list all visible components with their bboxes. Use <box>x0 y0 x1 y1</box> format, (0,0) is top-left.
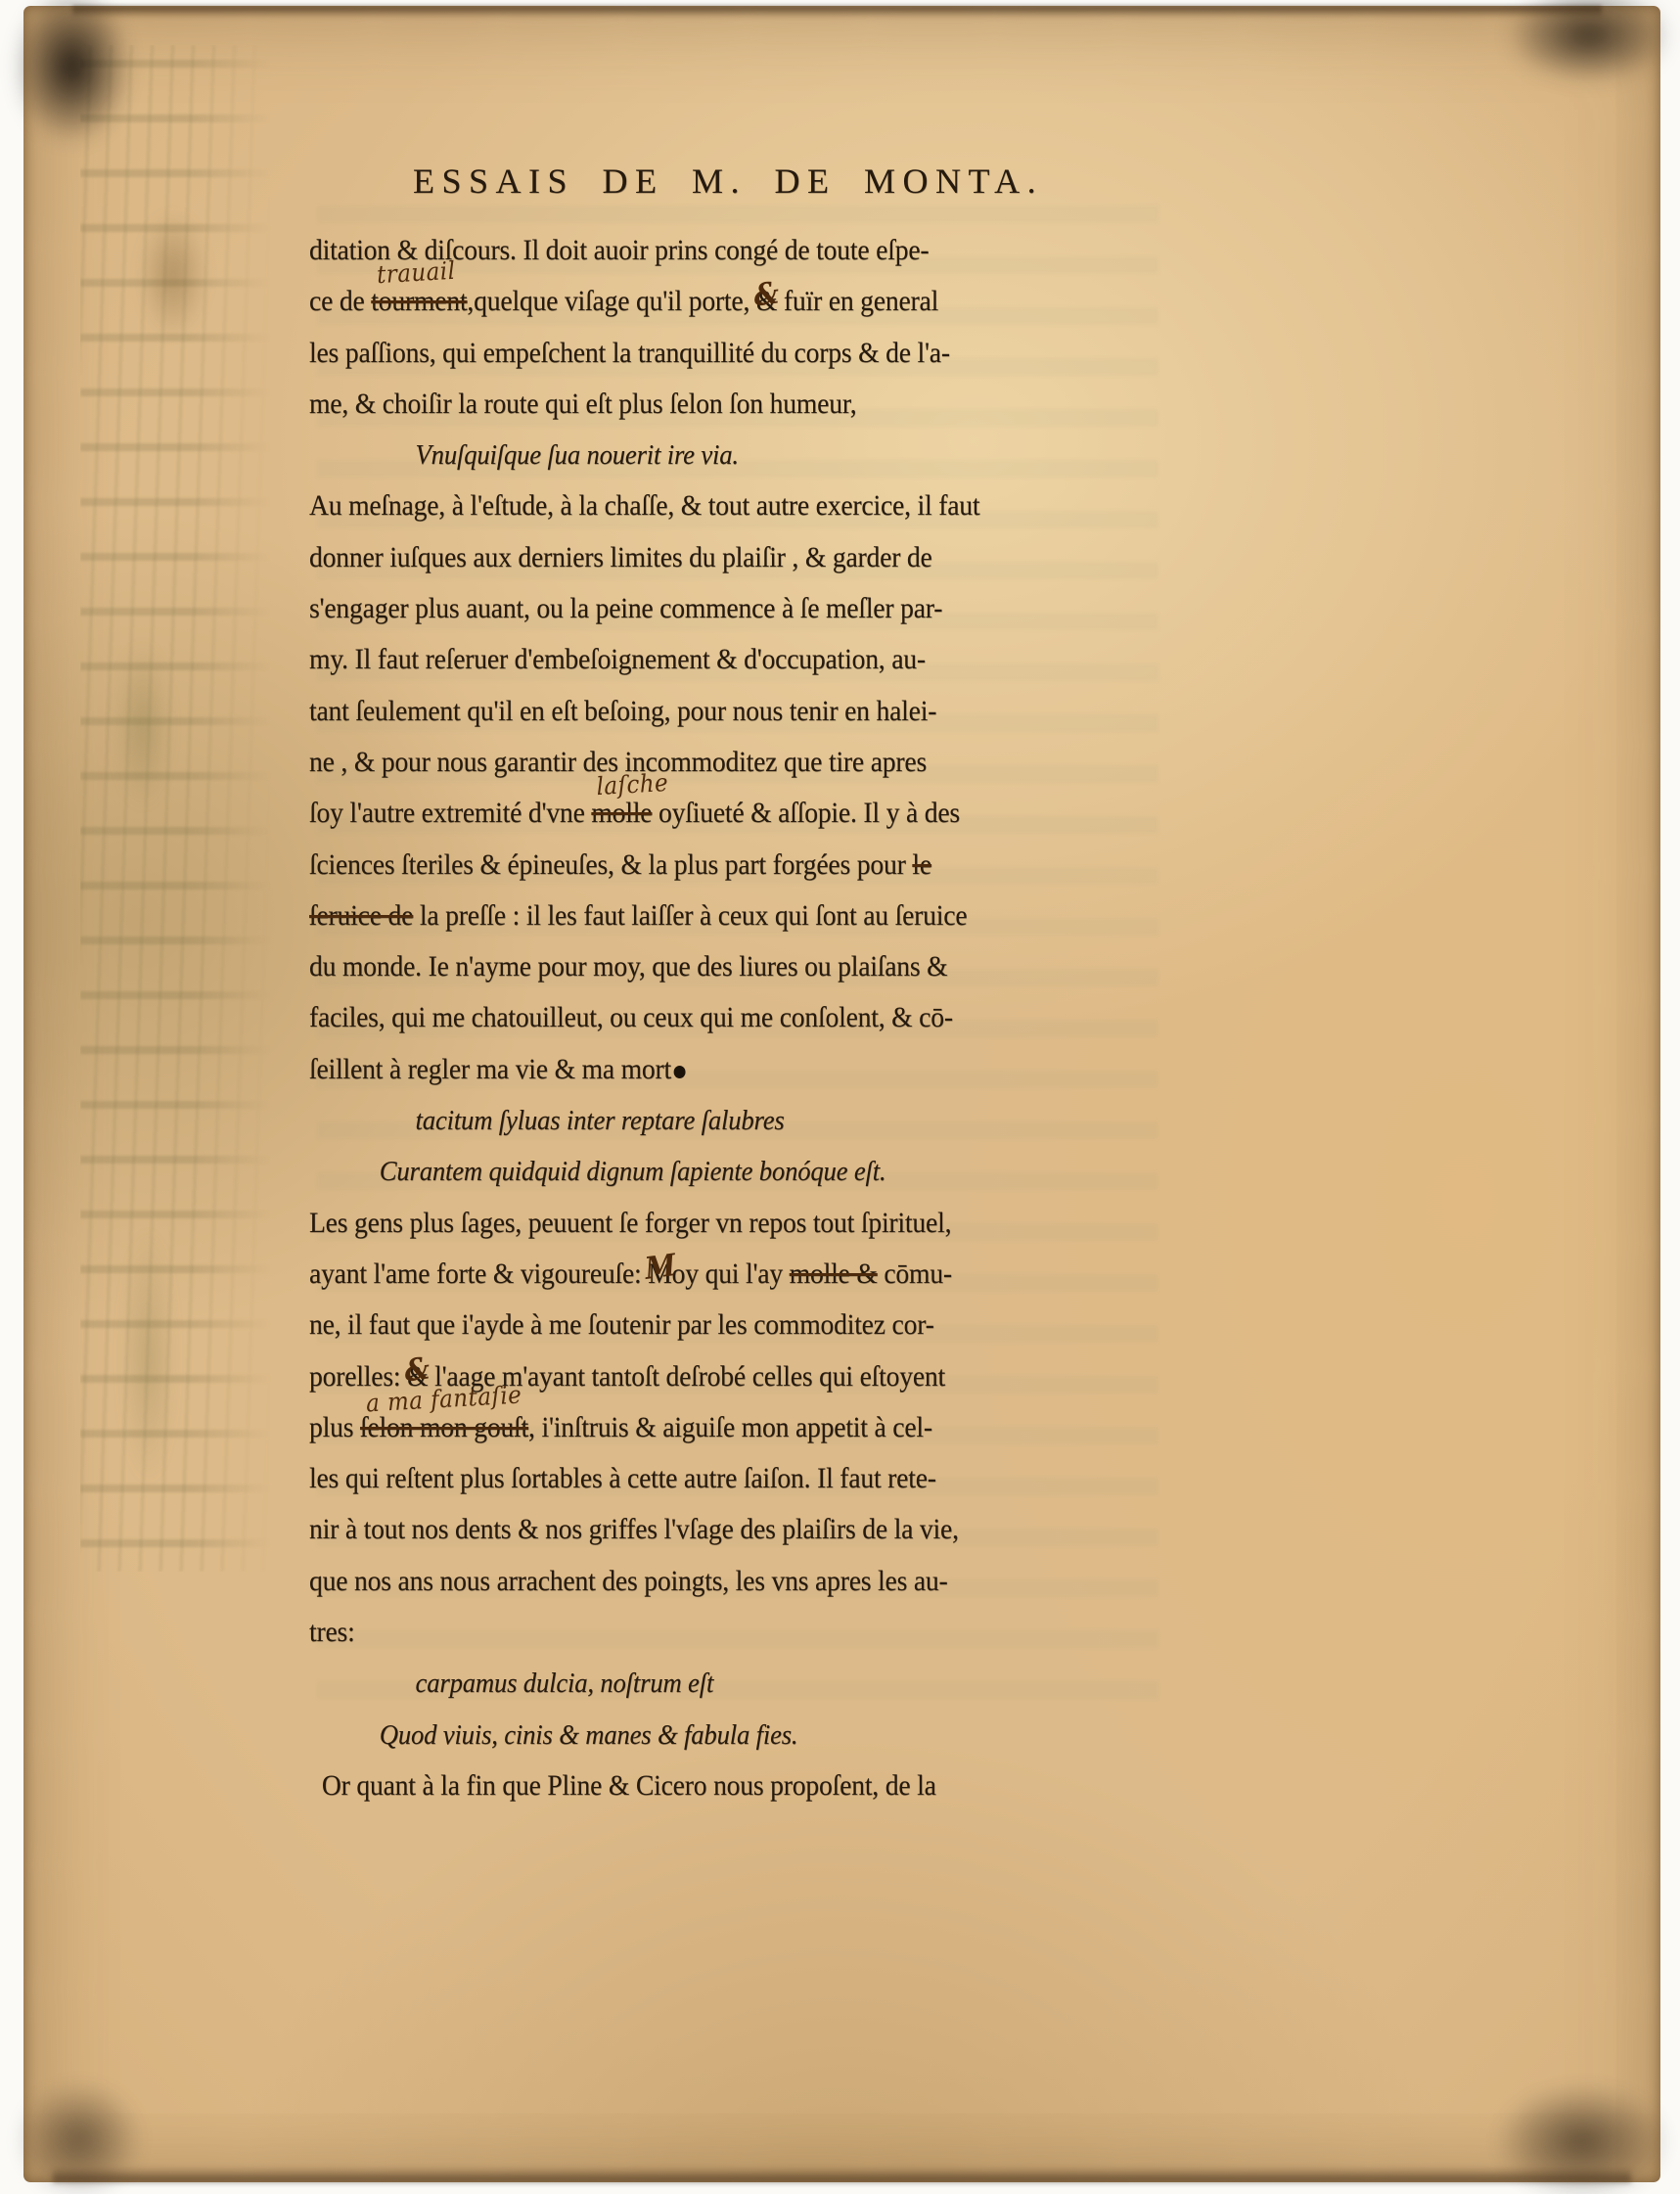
printed-text: ,quelque viſage qu'il porte, <box>467 285 755 317</box>
text-line: ſeillent à regler ma vie & ma mort <box>309 1044 1083 1095</box>
text-line: nir à tout nos dents & nos griffes l'vſa… <box>309 1504 1083 1555</box>
page-edge-shadow <box>53 2167 1631 2182</box>
text-line: my. Il faut reſeruer d'embeſoignement & … <box>309 634 1083 685</box>
text-line: s'engager plus auant, ou la peine commen… <box>309 583 1083 634</box>
printed-text: oy qui l'ay <box>672 1257 790 1290</box>
printed-text: cōmu- <box>878 1257 952 1290</box>
text-line: tant ſeulement qu'il en eſt beſoing, pou… <box>309 686 1083 737</box>
printed-text: ſoy l'autre extremité d'vne <box>309 797 591 829</box>
handwritten-annotation: & <box>403 1353 432 1387</box>
printed-text: les qui reſtent plus ſortables à cette a… <box>309 1462 936 1494</box>
printed-text: donner iuſques aux derniers limites du p… <box>309 541 932 573</box>
printed-text: Quod viuis, cinis & manes & fabula fies. <box>380 1719 798 1751</box>
text-line: les qui reſtent plus ſortables à cette a… <box>309 1453 1083 1504</box>
text-line: Curantem quidquid dignum ſapiente bonóqu… <box>309 1146 1083 1197</box>
printed-text: ſeillent à regler ma vie & ma mort <box>309 1053 671 1085</box>
page-edge-shadow <box>72 6 1602 18</box>
handwritten-annotation: & <box>752 279 782 312</box>
struck-text: molle & <box>790 1257 878 1290</box>
text-line: ayant l'ame forte & vigoureuſe: MMoy qui… <box>309 1249 1083 1300</box>
printed-text: MM <box>648 1257 671 1290</box>
text-line: ne , & pour nous garantir des incommodit… <box>309 737 1083 788</box>
printed-text: Vnuſquiſque ſua nouerit ire via. <box>416 439 739 471</box>
printed-text: , i'inſtruis & aiguiſe mon appetit à cel… <box>528 1411 932 1443</box>
text-line: donner iuſques aux derniers limites du p… <box>309 532 1083 583</box>
running-header: ESSAIS DE M. DE MONTA. <box>413 160 1043 202</box>
text-line: ſeruice de la preſſe : il les faut laiſſ… <box>309 891 1083 941</box>
ink-blot-icon <box>674 1066 686 1078</box>
text-line: Les gens plus ſages, peuuent ſe forger v… <box>309 1198 1083 1249</box>
text-line: tacitum ſyluas inter reptare ſalubres <box>309 1095 1083 1146</box>
printed-text: && <box>756 285 777 317</box>
printed-text: que nos ans nous arrachent des poingts, … <box>309 1565 948 1597</box>
struck-text: tourmenttrauail <box>371 285 467 317</box>
printed-text: carpamus dulcia, noſtrum eſt <box>416 1668 714 1699</box>
handwritten-annotation: M <box>644 1251 678 1285</box>
printed-text: ayant l'ame forte & vigoureuſe: <box>309 1257 648 1290</box>
printed-text: Les gens plus ſages, peuuent ſe forger v… <box>309 1207 951 1239</box>
struck-text: le <box>912 848 931 881</box>
printed-text: my. Il faut reſeruer d'embeſoignement & … <box>309 643 926 675</box>
ink-smudge <box>121 1229 175 1484</box>
text-line: ne, il faut que i'ayde à me ſoutenir par… <box>309 1300 1083 1350</box>
printed-text: ſciences ſteriles & épineuſes, & la plus… <box>309 848 912 881</box>
ink-smudge <box>139 211 207 339</box>
printed-text: Or quant à la fin que Pline & Cicero nou… <box>322 1769 936 1802</box>
printed-text: me, & choiſir la route qui eſt plus ſelo… <box>309 388 856 420</box>
printed-text: la preſſe : il les faut laiſſer à ceux q… <box>413 899 967 932</box>
book-page: ESSAIS DE M. DE MONTA. ditation & diſcou… <box>23 6 1660 2182</box>
text-line: tres: <box>309 1607 1083 1658</box>
text-block: ditation & diſcours. Il doit auoir prins… <box>309 225 1083 1811</box>
text-line: carpamus dulcia, noſtrum eſt <box>309 1658 1083 1709</box>
handwritten-annotation: laſche <box>596 770 669 799</box>
printed-text: ce de <box>309 285 371 317</box>
printed-text: tacitum ſyluas inter reptare ſalubres <box>416 1105 785 1136</box>
text-line: Au meſnage, à l'eſtude, à la chaſſe, & t… <box>309 480 1083 531</box>
printed-text: tant ſeulement qu'il en eſt beſoing, pou… <box>309 695 936 727</box>
handwritten-annotation: trauail <box>376 258 456 288</box>
text-line: plus ſelon mon gouſta ma fantaſie, i'inſ… <box>309 1402 1083 1453</box>
struck-text: mollelaſche <box>591 797 652 829</box>
struck-text: ſelon mon gouſta ma fantaſie <box>360 1411 528 1443</box>
text-line: que nos ans nous arrachent des poingts, … <box>309 1556 1083 1607</box>
printed-text: faciles, qui me chatouilleut, ou ceux qu… <box>309 1001 953 1033</box>
text-line: faciles, qui me chatouilleut, ou ceux qu… <box>309 992 1083 1043</box>
printed-text: du monde. Ie n'ayme pour moy, que des li… <box>309 950 947 983</box>
handwritten-annotation: a ma fantaſie <box>365 1382 522 1415</box>
printed-text: Curantem quidquid dignum ſapiente bonóqu… <box>380 1156 886 1187</box>
struck-text: ſeruice de <box>309 899 413 932</box>
printed-text: nir à tout nos dents & nos griffes l'vſa… <box>309 1513 959 1545</box>
printed-text: les paſſions, qui empeſchent la tranquil… <box>309 337 950 369</box>
printed-text: ne, il faut que i'ayde à me ſoutenir par… <box>309 1308 934 1341</box>
text-line: Vnuſquiſque ſua nouerit ire via. <box>309 430 1083 480</box>
text-line: Quod viuis, cinis & manes & fabula fies. <box>309 1710 1083 1760</box>
text-line: ſoy l'autre extremité d'vne mollelaſche … <box>309 788 1083 839</box>
text-line: Or quant à la fin que Pline & Cicero nou… <box>309 1760 1083 1811</box>
printed-text: tres: <box>309 1616 355 1648</box>
text-line: ce de tourmenttrauail,quelque viſage qu'… <box>309 276 1083 327</box>
text-line: les paſſions, qui empeſchent la tranquil… <box>309 328 1083 379</box>
text-line: me, & choiſir la route qui eſt plus ſelo… <box>309 379 1083 430</box>
printed-text: plus <box>309 1411 360 1443</box>
printed-text: Au meſnage, à l'eſtude, à la chaſſe, & t… <box>309 489 979 522</box>
ink-smudge <box>114 642 172 808</box>
text-line: du monde. Ie n'ayme pour moy, que des li… <box>309 941 1083 992</box>
printed-text: oyſiueté & aſſopie. Il y à des <box>652 797 960 829</box>
text-line: ſciences ſteriles & épineuſes, & la plus… <box>309 840 1083 891</box>
printed-text: fuïr en general <box>777 285 938 317</box>
printed-text: s'engager plus auant, ou la peine commen… <box>309 592 942 624</box>
